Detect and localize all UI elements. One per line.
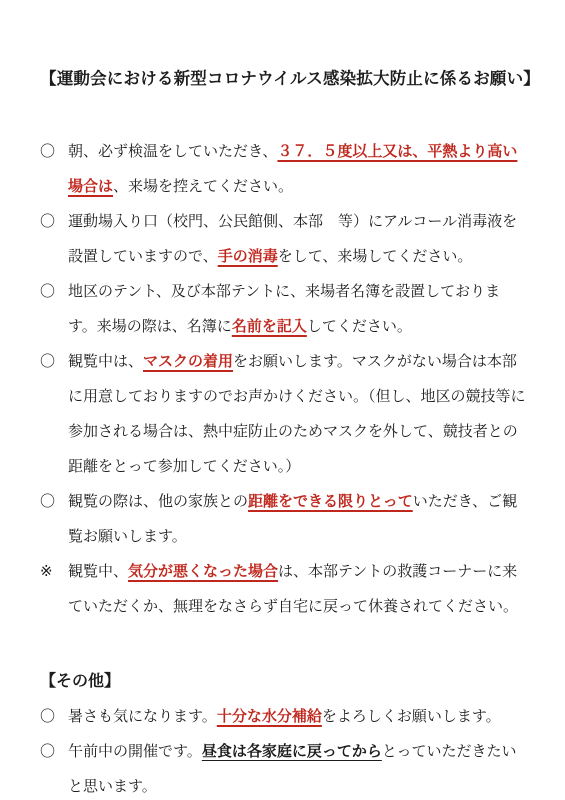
list-item: 〇地区のテント、及び本部テントに、来場者名簿を設置しております。来場の際は、名簿… (40, 274, 528, 344)
text-segment: 観覧中、 (68, 563, 128, 580)
list-item: 〇暑さも気になります。十分な水分補給をよろしくお願いします。 (40, 699, 528, 734)
section-header: 【その他】 (40, 664, 528, 699)
text-segment: 名前を記入 (232, 318, 307, 335)
list-item: 〇朝、必ず検温をしていただき、３７．５度以上又は、平熱より高い場合は、来場を控え… (40, 134, 528, 204)
text-segment: マスクの着用 (143, 353, 233, 370)
document-body: 〇朝、必ず検温をしていただき、３７．５度以上又は、平熱より高い場合は、来場を控え… (40, 134, 528, 800)
document-title: 【運動会における新型コロナウイルス感染拡大防止に係るお願い】 (40, 66, 528, 92)
text-segment: 午前中の開催です。 (68, 743, 202, 760)
text-segment: 観覧中は、 (68, 353, 143, 370)
text-segment: 十分な水分補給 (217, 708, 322, 725)
bullet-marker: 〇 (40, 484, 68, 519)
list-item: ※観覧中、気分が悪くなった場合は、本部テントの救護コーナーに来ていただくか、無理… (40, 554, 528, 624)
list-item: 〇午前中の開催です。昼食は各家庭に戻ってからとっていただきたいと思います。 (40, 734, 528, 800)
text-segment: 暑さも気になります。 (68, 708, 217, 725)
bullet-marker: ※ (40, 554, 68, 589)
bullet-marker: 〇 (40, 699, 68, 734)
bullet-marker: 〇 (40, 344, 68, 379)
text-segment: 、来場を控えてください。 (113, 178, 293, 195)
bullet-marker: 〇 (40, 734, 68, 769)
text-segment: してください。 (307, 318, 412, 335)
text-segment: をよろしくお願いします。 (322, 708, 501, 725)
text-segment: 観覧の際は、他の家族との (68, 493, 248, 510)
bullet-marker: 〇 (40, 204, 68, 239)
list-item: 〇観覧中は、マスクの着用をお願いします。マスクがない場合は本部に用意しております… (40, 344, 528, 484)
text-segment: 距離をできる限りとって (248, 493, 413, 510)
list-item: 〇運動場入り口（校門、公民館側、本部 等）にアルコール消毒液を設置していますので… (40, 204, 528, 274)
document-page: 【運動会における新型コロナウイルス感染拡大防止に係るお願い】 〇朝、必ず検温をし… (0, 0, 565, 800)
text-segment: 朝、必ず検温をしていただき、 (68, 143, 277, 160)
text-segment: をして、来場してください。 (278, 248, 473, 265)
list-item: 〇観覧の際は、他の家族との距離をできる限りとっていただき、ご観覧お願いします。 (40, 484, 528, 554)
text-segment: 気分が悪くなった場合 (128, 563, 278, 580)
bullet-marker: 〇 (40, 274, 68, 309)
text-segment: 手の消毒 (218, 248, 278, 265)
bullet-marker: 〇 (40, 134, 68, 169)
text-segment: をお願いします。マスクがない場合は本部に用意しておりますのでお声かけください。（… (68, 353, 526, 475)
text-segment: 昼食は各家庭に戻ってから (202, 743, 382, 760)
